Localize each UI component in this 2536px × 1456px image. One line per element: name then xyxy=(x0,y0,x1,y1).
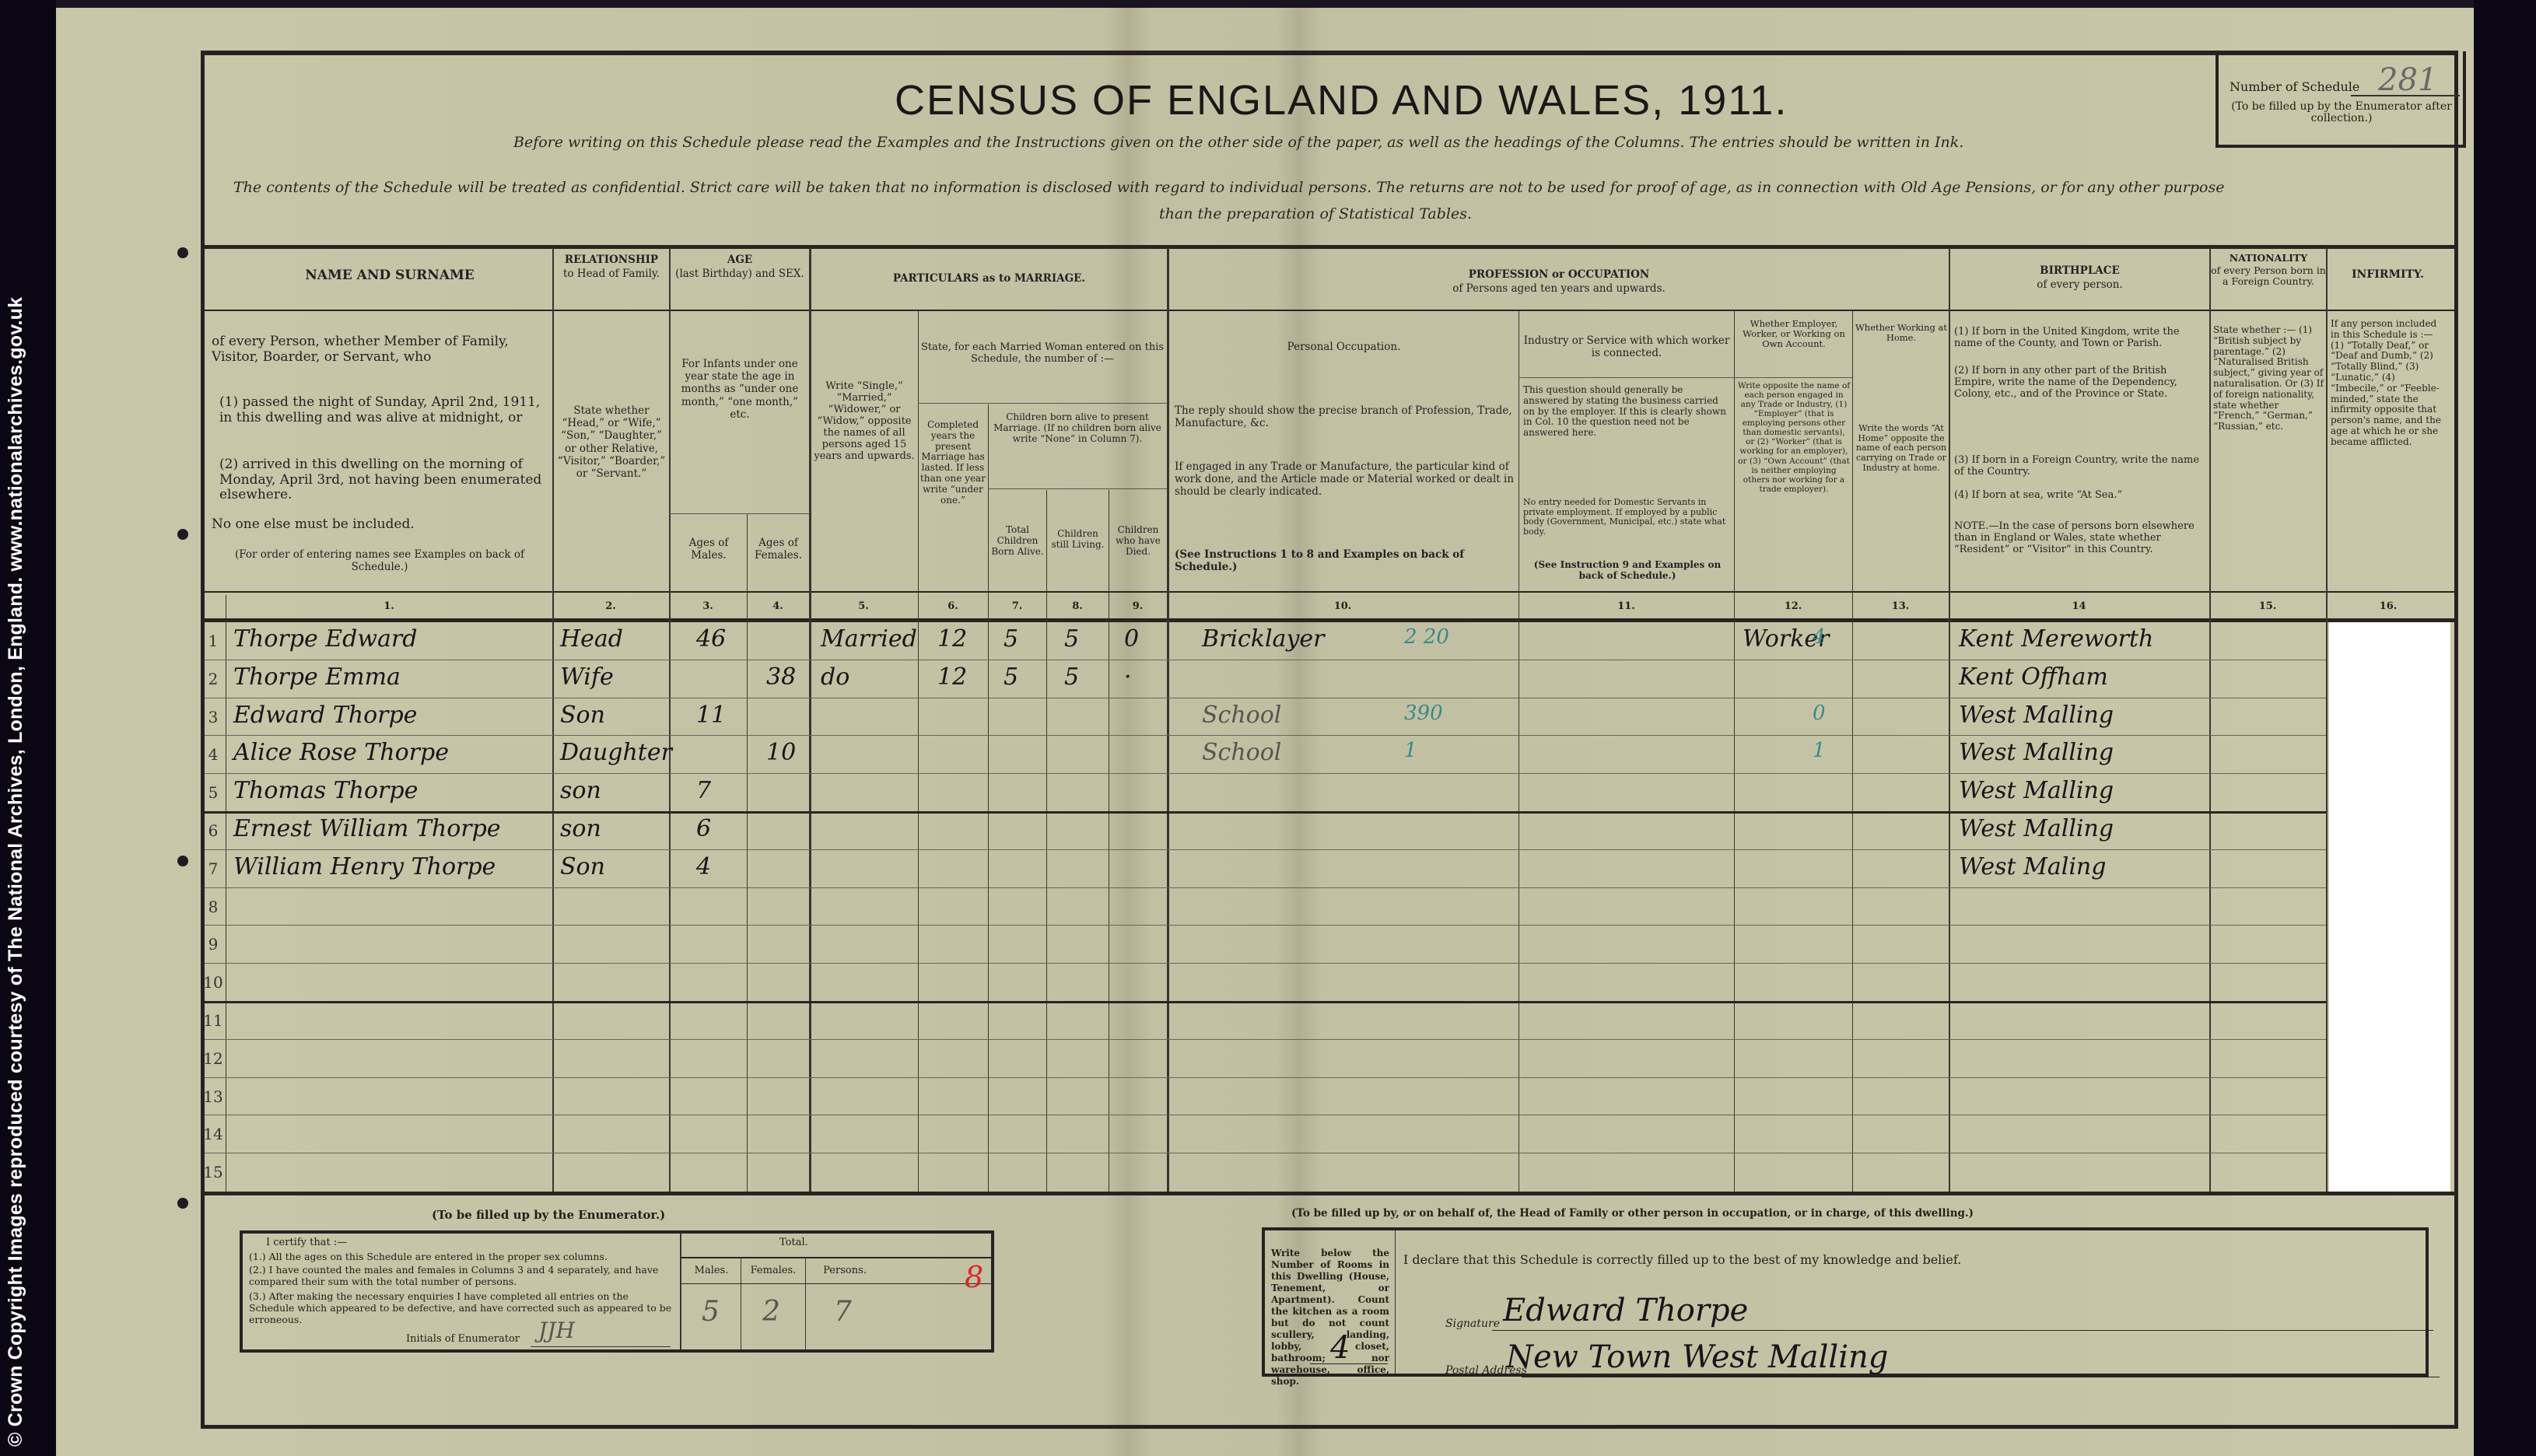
row-rule xyxy=(205,963,2326,964)
postal-address[interactable]: New Town West Malling xyxy=(1506,1339,1888,1375)
copyright-notice: © Crown Copyright Images reproduced cour… xyxy=(5,202,27,1447)
col-divider xyxy=(552,247,554,1192)
cell-years[interactable]: 12 xyxy=(937,625,967,653)
col-divider xyxy=(1046,490,1047,1192)
column-number: 3. xyxy=(669,600,747,612)
cell-occupation[interactable]: Bricklayer xyxy=(1202,625,1325,653)
header-age-desc: For Infants under one year state the age… xyxy=(674,358,806,421)
col-divider xyxy=(988,404,989,1192)
redacted-infirmity-column xyxy=(2329,622,2450,1194)
cell-male[interactable]: 11 xyxy=(696,702,726,729)
cell-rel[interactable]: Son xyxy=(560,702,605,729)
row-rule xyxy=(205,698,2326,698)
column-number: 14 xyxy=(1949,600,2209,612)
row-number: 10 xyxy=(201,973,226,992)
schedule-number-value[interactable]: 281 xyxy=(2378,62,2437,98)
cell-born[interactable]: 5 xyxy=(1004,663,1018,691)
cell-living[interactable]: 5 xyxy=(1064,663,1079,691)
header-ages-females: Ages of Females. xyxy=(748,537,809,562)
schedule-number-note: (To be filled up by the Enumerator after… xyxy=(2225,101,2458,125)
col-divider xyxy=(747,513,748,1192)
total-persons[interactable]: 7 xyxy=(834,1296,852,1328)
header-years-married: Completed years the present Marriage has… xyxy=(919,420,987,506)
cell-born[interactable]: 5 xyxy=(1004,625,1018,653)
row-rule xyxy=(205,1077,2326,1078)
row-rule xyxy=(205,925,2326,926)
confidentiality-notice-cont: than the preparation of Statistical Tabl… xyxy=(1159,205,1472,222)
cell-occ-code[interactable]: 2 20 xyxy=(1404,625,1449,649)
red-annotation: 8 xyxy=(965,1260,983,1294)
page-edge xyxy=(56,0,2474,8)
row-number: 1 xyxy=(201,632,226,650)
confidentiality-notice: The contents of the Schedule will be tre… xyxy=(233,179,2224,196)
declaration-text: I declare that this Schedule is correctl… xyxy=(1403,1252,1961,1267)
certify-item-1: (1.) All the ages on this Schedule are e… xyxy=(249,1251,673,1262)
row-rule xyxy=(205,1153,2326,1153)
cell-birthplace[interactable]: West Malling xyxy=(1959,702,2114,729)
header-infirmity: INFIRMITY. xyxy=(2328,268,2448,281)
row-number: 14 xyxy=(201,1125,226,1143)
cell-name[interactable]: Ernest William Thorpe xyxy=(233,815,501,842)
col-divider xyxy=(1734,311,1735,1192)
header-married-woman: State, for each Married Woman entered on… xyxy=(919,342,1165,366)
column-number: 6. xyxy=(918,600,988,612)
header-nationality-desc: State whether :— (1) “British subject by… xyxy=(2213,325,2324,432)
cell-occupation[interactable]: School xyxy=(1202,702,1281,729)
row-number: 9 xyxy=(201,935,226,954)
cell-name[interactable]: Edward Thorpe xyxy=(233,702,417,729)
subheader-rule xyxy=(918,403,1167,404)
header-total-children: Total Children Born Alive. xyxy=(989,525,1046,557)
cell-occ-code[interactable]: 390 xyxy=(1404,702,1443,725)
signature[interactable]: Edward Thorpe xyxy=(1503,1293,1748,1328)
head-declaration-box: Write below the Number of Rooms in this … xyxy=(1262,1227,2429,1377)
row-number: 2 xyxy=(201,670,226,688)
certify-item-2: (2.) I have counted the males and female… xyxy=(249,1264,673,1287)
row-rule xyxy=(205,849,2326,850)
column-number: 7. xyxy=(988,600,1046,612)
column-number: 1. xyxy=(226,600,552,612)
row-rule xyxy=(205,773,2326,774)
header-marital-condition: Write “Single,” “Married,” “Widower,” or… xyxy=(812,381,916,463)
column-number: 15. xyxy=(2209,600,2326,612)
cell-male[interactable]: 7 xyxy=(696,777,711,804)
total-label: Total. xyxy=(779,1237,808,1248)
header-name-item1: (1) passed the night of Sunday, April 2n… xyxy=(219,395,548,425)
header-occupation: PROFESSION or OCCUPATION xyxy=(1169,268,1949,281)
header-birthplace: BIRTHPLACE xyxy=(1950,264,2209,277)
cell-birthplace[interactable]: Kent Offham xyxy=(1959,663,2108,691)
rooms-instruction: Write below the Number of Rooms in this … xyxy=(1271,1248,1389,1388)
column-number: 4. xyxy=(747,600,809,612)
row-number: 15 xyxy=(201,1163,226,1181)
schedule-number-label: Number of Schedule xyxy=(2230,79,2359,94)
row-rule xyxy=(205,1001,2326,1003)
punch-hole xyxy=(177,856,188,866)
address-line xyxy=(1522,1377,2440,1377)
cell-female[interactable]: 38 xyxy=(766,663,796,691)
signature-line xyxy=(1492,1330,2433,1331)
header-occupation-sub: of Persons aged ten years and upwards. xyxy=(1169,282,1949,295)
header-nationality-sub: of every Person born in a Foreign Countr… xyxy=(2211,265,2326,288)
cell-male[interactable]: 46 xyxy=(696,625,726,653)
header-employment-status: Whether Employer, Worker, or Working on … xyxy=(1736,319,1852,350)
header-relationship-desc: State whether “Head,” or “Wife,” “Son,” … xyxy=(557,404,666,480)
col-divider xyxy=(1949,247,1950,1192)
number-of-rooms[interactable]: 4 xyxy=(1330,1330,1350,1366)
header-employment-desc: Write opposite the name of each person e… xyxy=(1737,381,1851,494)
total-divider xyxy=(680,1234,681,1349)
header-birthplace-sub: of every person. xyxy=(1950,278,2209,291)
col-divider xyxy=(809,247,811,1192)
header-age: AGE xyxy=(671,254,809,266)
punch-hole xyxy=(177,247,188,258)
cell-birthplace[interactable]: West Malling xyxy=(1959,777,2114,804)
header-birthplace-item3: (3) If born in a Foreign Country, write … xyxy=(1954,455,2205,478)
header-name-item2: (2) arrived in this dwelling on the morn… xyxy=(219,457,548,503)
col-divider xyxy=(1109,490,1109,1192)
cell-name[interactable]: Alice Rose Thorpe xyxy=(233,739,449,766)
header-industry-desc3: (See Instruction 9 and Examples on back … xyxy=(1523,560,1732,582)
row-rule xyxy=(205,1039,2326,1040)
copyright-strip: © Crown Copyright Images reproduced cour… xyxy=(0,0,56,1456)
row-number: 13 xyxy=(201,1087,226,1106)
rooms-divider xyxy=(1395,1230,1396,1374)
certify-label: I certify that :— xyxy=(266,1237,347,1248)
schedule-frame xyxy=(201,51,2458,1429)
initials-line xyxy=(531,1346,671,1347)
cell-rel[interactable]: Wife xyxy=(560,663,614,691)
header-nationality: NATIONALITY xyxy=(2211,253,2326,264)
row-rule xyxy=(205,735,2326,736)
header-children-died: Children who have Died. xyxy=(1109,525,1167,557)
table-bottom-rule xyxy=(205,1192,2454,1195)
cell-name[interactable]: William Henry Thorpe xyxy=(233,853,496,880)
cell-rel[interactable]: son xyxy=(560,815,601,842)
cell-died[interactable]: 0 xyxy=(1124,625,1139,653)
row-number: 6 xyxy=(201,821,226,840)
header-industry: Industry or Service with which worker is… xyxy=(1521,334,1732,359)
row-number: 5 xyxy=(201,783,226,802)
row-rule xyxy=(205,887,2326,888)
column-number: 9. xyxy=(1109,600,1167,612)
cell-emp-code[interactable]: 4 xyxy=(1813,625,1826,649)
col-divider xyxy=(2209,247,2211,1192)
col-divider xyxy=(1518,311,1519,1192)
cell-rel[interactable]: Son xyxy=(560,853,605,880)
cell-birthplace[interactable]: West Malling xyxy=(1959,815,2114,842)
row-number: 3 xyxy=(201,708,226,726)
header-children-living: Children still Living. xyxy=(1047,529,1109,551)
header-birthplace-item4: (4) If born at sea, write “At Sea.” xyxy=(1954,490,2205,502)
header-age-sub: (last Birthday) and SEX. xyxy=(671,268,809,280)
header-name: NAME AND SURNAME xyxy=(227,268,552,284)
cell-birthplace[interactable]: West Maling xyxy=(1959,853,2106,880)
header-working-at-home: Whether Working at Home. xyxy=(1854,323,1949,343)
header-birthplace-item1: (1) If born in the United Kingdom, write… xyxy=(1954,327,2205,350)
header-occupation-desc3: (See Instructions 1 to 8 and Examples on… xyxy=(1175,548,1515,573)
punch-hole xyxy=(177,529,188,540)
header-name-note: No one else must be included. xyxy=(212,517,548,533)
cell-died[interactable]: · xyxy=(1124,663,1132,691)
header-children-born: Children born alive to present Marriage.… xyxy=(990,412,1165,444)
header-relationship: RELATIONSHIP xyxy=(554,254,669,266)
cell-occ-code[interactable]: 1 xyxy=(1404,739,1417,762)
header-occupation-desc2: If engaged in any Trade or Manufacture, … xyxy=(1175,460,1515,499)
subheader-rule xyxy=(988,488,1167,489)
row-rule xyxy=(205,660,2326,660)
cell-occupation[interactable]: School xyxy=(1202,739,1281,766)
cell-birthplace[interactable]: Kent Mereworth xyxy=(1959,625,2153,653)
total-females[interactable]: 2 xyxy=(762,1296,780,1328)
col-divider xyxy=(1852,311,1853,1192)
cell-birthplace[interactable]: West Malling xyxy=(1959,739,2114,766)
col-divider xyxy=(1167,247,1169,1192)
column-number: 5. xyxy=(809,600,918,612)
total-rule xyxy=(681,1283,991,1284)
header-name-order: (For order of entering names see Example… xyxy=(212,548,548,573)
total-males[interactable]: 5 xyxy=(702,1296,720,1328)
enumerator-heading: (To be filled up by the Enumerator.) xyxy=(432,1208,665,1222)
column-number: 16. xyxy=(2326,600,2450,612)
header-occupation-desc1: The reply should show the precise branch… xyxy=(1175,404,1515,429)
header-bottom-rule xyxy=(205,591,2454,593)
enumerator-initials[interactable]: JJH xyxy=(538,1318,575,1343)
header-birthplace-note: NOTE.—In the case of persons born elsewh… xyxy=(1954,521,2205,556)
cell-name[interactable]: Thorpe Edward xyxy=(233,625,417,653)
col-divider xyxy=(2326,247,2328,1192)
head-section-heading: (To be filled up by, or on behalf of, th… xyxy=(1291,1207,1974,1220)
header-top-rule xyxy=(205,245,2454,249)
cell-male[interactable]: 6 xyxy=(696,815,711,842)
signature-label: Signature xyxy=(1445,1318,1500,1330)
header-personal-occupation: Personal Occupation. xyxy=(1171,341,1517,353)
punch-hole xyxy=(177,1198,188,1209)
total-rule xyxy=(681,1257,991,1258)
enumerator-certificate-box: I certify that :— (1.) All the ages on t… xyxy=(240,1230,994,1353)
header-name-desc: of every Person, whether Member of Famil… xyxy=(212,334,548,365)
cell-rel[interactable]: Daughter xyxy=(560,739,672,766)
cell-emp-code[interactable]: 0 xyxy=(1813,702,1826,725)
header-ages-males: Ages of Males. xyxy=(671,537,747,562)
col-divider xyxy=(669,247,671,1192)
cell-name[interactable]: Thorpe Emma xyxy=(233,663,401,691)
header-birthplace-item2: (2) If born in any other part of the Bri… xyxy=(1954,366,2205,401)
row-number: 7 xyxy=(201,859,226,878)
females-label: Females. xyxy=(741,1265,805,1276)
row-number: 4 xyxy=(201,745,226,764)
column-number: 10. xyxy=(1167,600,1518,612)
cell-male[interactable]: 4 xyxy=(696,853,711,880)
header-mid-rule xyxy=(205,310,2454,311)
row-rule xyxy=(205,1115,2326,1115)
header-working-at-home-desc: Write the words “At Home” opposite the n… xyxy=(1855,424,1947,473)
schedule-number-box: Number of Schedule 281 (To be filled up … xyxy=(2215,51,2466,148)
row-number: 8 xyxy=(201,898,226,916)
subheader-rule xyxy=(669,513,809,514)
cell-living[interactable]: 5 xyxy=(1064,625,1079,653)
column-number-rule xyxy=(205,618,2454,622)
header-marriage: PARTICULARS as to MARRIAGE. xyxy=(811,272,1167,285)
header-industry-desc2: No entry needed for Domestic Servants in… xyxy=(1523,498,1732,537)
row-number-divider xyxy=(226,595,226,1194)
cell-rel[interactable]: Head xyxy=(560,625,623,653)
row-number: 11 xyxy=(201,1011,226,1030)
header-industry-desc1: This question should generally be answer… xyxy=(1523,385,1732,439)
intro-instructions: Before writing on this Schedule please r… xyxy=(513,134,1963,151)
row-rule xyxy=(205,811,2326,814)
initials-label: Initials of Enumerator xyxy=(406,1333,520,1345)
column-number: 11. xyxy=(1518,600,1734,612)
header-infirmity-desc: If any person included in this Schedule … xyxy=(2331,319,2446,448)
cell-marital[interactable]: Married xyxy=(821,625,917,653)
header-relationship-sub: to Head of Family. xyxy=(554,268,669,280)
cell-marital[interactable]: do xyxy=(821,663,849,691)
males-label: Males. xyxy=(682,1265,741,1276)
certify-item-3: (3.) After making the necessary enquirie… xyxy=(249,1290,673,1325)
subheader-rule xyxy=(1518,377,1852,378)
cell-years[interactable]: 12 xyxy=(937,663,967,691)
page-title: CENSUS OF ENGLAND AND WALES, 1911. xyxy=(895,76,1788,124)
column-number: 13. xyxy=(1852,600,1949,612)
persons-label: Persons. xyxy=(806,1265,884,1276)
column-number: 2. xyxy=(552,600,669,612)
cell-name[interactable]: Thomas Thorpe xyxy=(233,777,418,804)
cell-female[interactable]: 10 xyxy=(766,739,796,766)
cell-emp-code[interactable]: 1 xyxy=(1813,739,1826,762)
cell-rel[interactable]: son xyxy=(560,777,601,804)
column-number: 8. xyxy=(1046,600,1109,612)
column-number: 12. xyxy=(1734,600,1852,612)
row-number: 12 xyxy=(201,1049,226,1068)
